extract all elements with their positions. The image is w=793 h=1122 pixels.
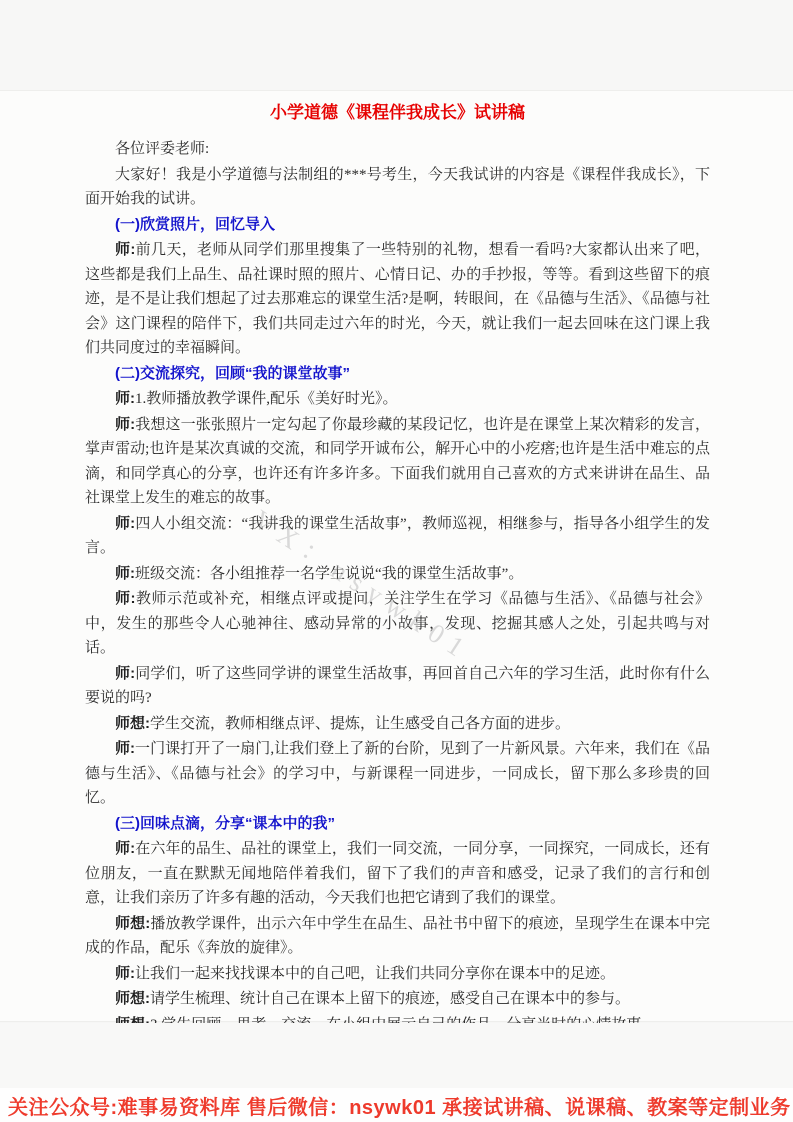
speaker-prefix: 师: — [115, 665, 135, 682]
speaker-prefix: 师: — [115, 515, 135, 532]
paragraph: 师:让我们一起来找找课本中的自己吧，让我们共同分享你在课本中的足迹。 — [85, 962, 710, 987]
speaker-prefix: 师想: — [115, 715, 150, 732]
document-page: 小学道德《课程伴我成长》试讲稿 各位评委老师:大家好！我是小学道德与法制组的**… — [0, 90, 793, 1022]
speaker-prefix: 师: — [115, 590, 136, 607]
paragraph: 师:前几天，老师从同学们那里搜集了一些特别的礼物，想看一看吗?大家都认出来了吧，… — [85, 238, 710, 361]
footer-bar: 关注公众号:难事易资料库 售后微信：nsywk01 承接试讲稿、说课稿、教案等定… — [0, 1088, 793, 1122]
paragraph: 师:一门课打开了一扇门,让我们登上了新的台阶，见到了一片新风景。六年来，我们在《… — [85, 737, 710, 811]
section-heading: (一)欣赏照片，回忆导入 — [85, 213, 710, 238]
speaker-prefix: 师: — [115, 241, 135, 258]
speaker-prefix: 师: — [115, 390, 135, 407]
paragraph: 师想:播放教学课件，出示六年中学生在品生、品社书中留下的痕迹，呈现学生在课本中完… — [85, 912, 710, 961]
speaker-prefix: 师: — [115, 416, 135, 433]
speaker-prefix: 师想: — [115, 915, 150, 932]
speaker-prefix: 师: — [115, 565, 135, 582]
paragraph: 师:同学们，听了这些同学讲的课堂生活故事，再回首自己六年的学习生活，此时你有什么… — [85, 662, 710, 711]
paragraph: 师:在六年的品生、品社的课堂上，我们一同交流，一同分享，一同探究，一同成长，还有… — [85, 837, 710, 911]
page-bottom-margin — [0, 1023, 793, 1088]
paragraph: 师:1.教师播放教学课件,配乐《美好时光》。 — [85, 387, 710, 412]
section-heading: (二)交流探究，回顾“我的课堂故事” — [85, 362, 710, 387]
paragraph: 师想:请学生梳理、统计自己在课本上留下的痕迹，感受自己在课本中的参与。 — [85, 987, 710, 1012]
page-top-margin — [0, 0, 793, 90]
paragraph: 师:四人小组交流：“我讲我的课堂生活故事”，教师巡视，相继参与，指导各小组学生的… — [85, 512, 710, 561]
paragraph: 各位评委老师: — [85, 137, 710, 162]
paragraph: 大家好！我是小学道德与法制组的***号考生，今天我试讲的内容是《课程伴我成长》，… — [85, 163, 710, 212]
speaker-prefix: 师想: — [115, 990, 150, 1007]
section-heading: (三)回味点滴，分享“课本中的我” — [85, 812, 710, 837]
paragraph: 师想:学生交流，教师相继点评、提炼，让生感受自己各方面的进步。 — [85, 712, 710, 737]
speaker-prefix: 师: — [115, 840, 135, 857]
document-body: 各位评委老师:大家好！我是小学道德与法制组的***号考生，今天我试讲的内容是《课… — [85, 137, 710, 1088]
paragraph: 师:班级交流：各小组推荐一名学生说说“我的课堂生活故事”。 — [85, 562, 710, 587]
footer-promo-text: 关注公众号:难事易资料库 售后微信：nsywk01 承接试讲稿、说课稿、教案等定… — [8, 1096, 791, 1120]
paragraph: 师:教师示范或补充，相继点评或提问，关注学生在学习《品德与生活》、《品德与社会》… — [85, 587, 710, 661]
speaker-prefix: 师: — [115, 965, 135, 982]
speaker-prefix: 师: — [115, 740, 135, 757]
paragraph: 师:我想这一张张照片一定勾起了你最珍藏的某段记忆，也许是在课堂上某次精彩的发言，… — [85, 413, 710, 511]
document-title: 小学道德《课程伴我成长》试讲稿 — [85, 101, 710, 125]
